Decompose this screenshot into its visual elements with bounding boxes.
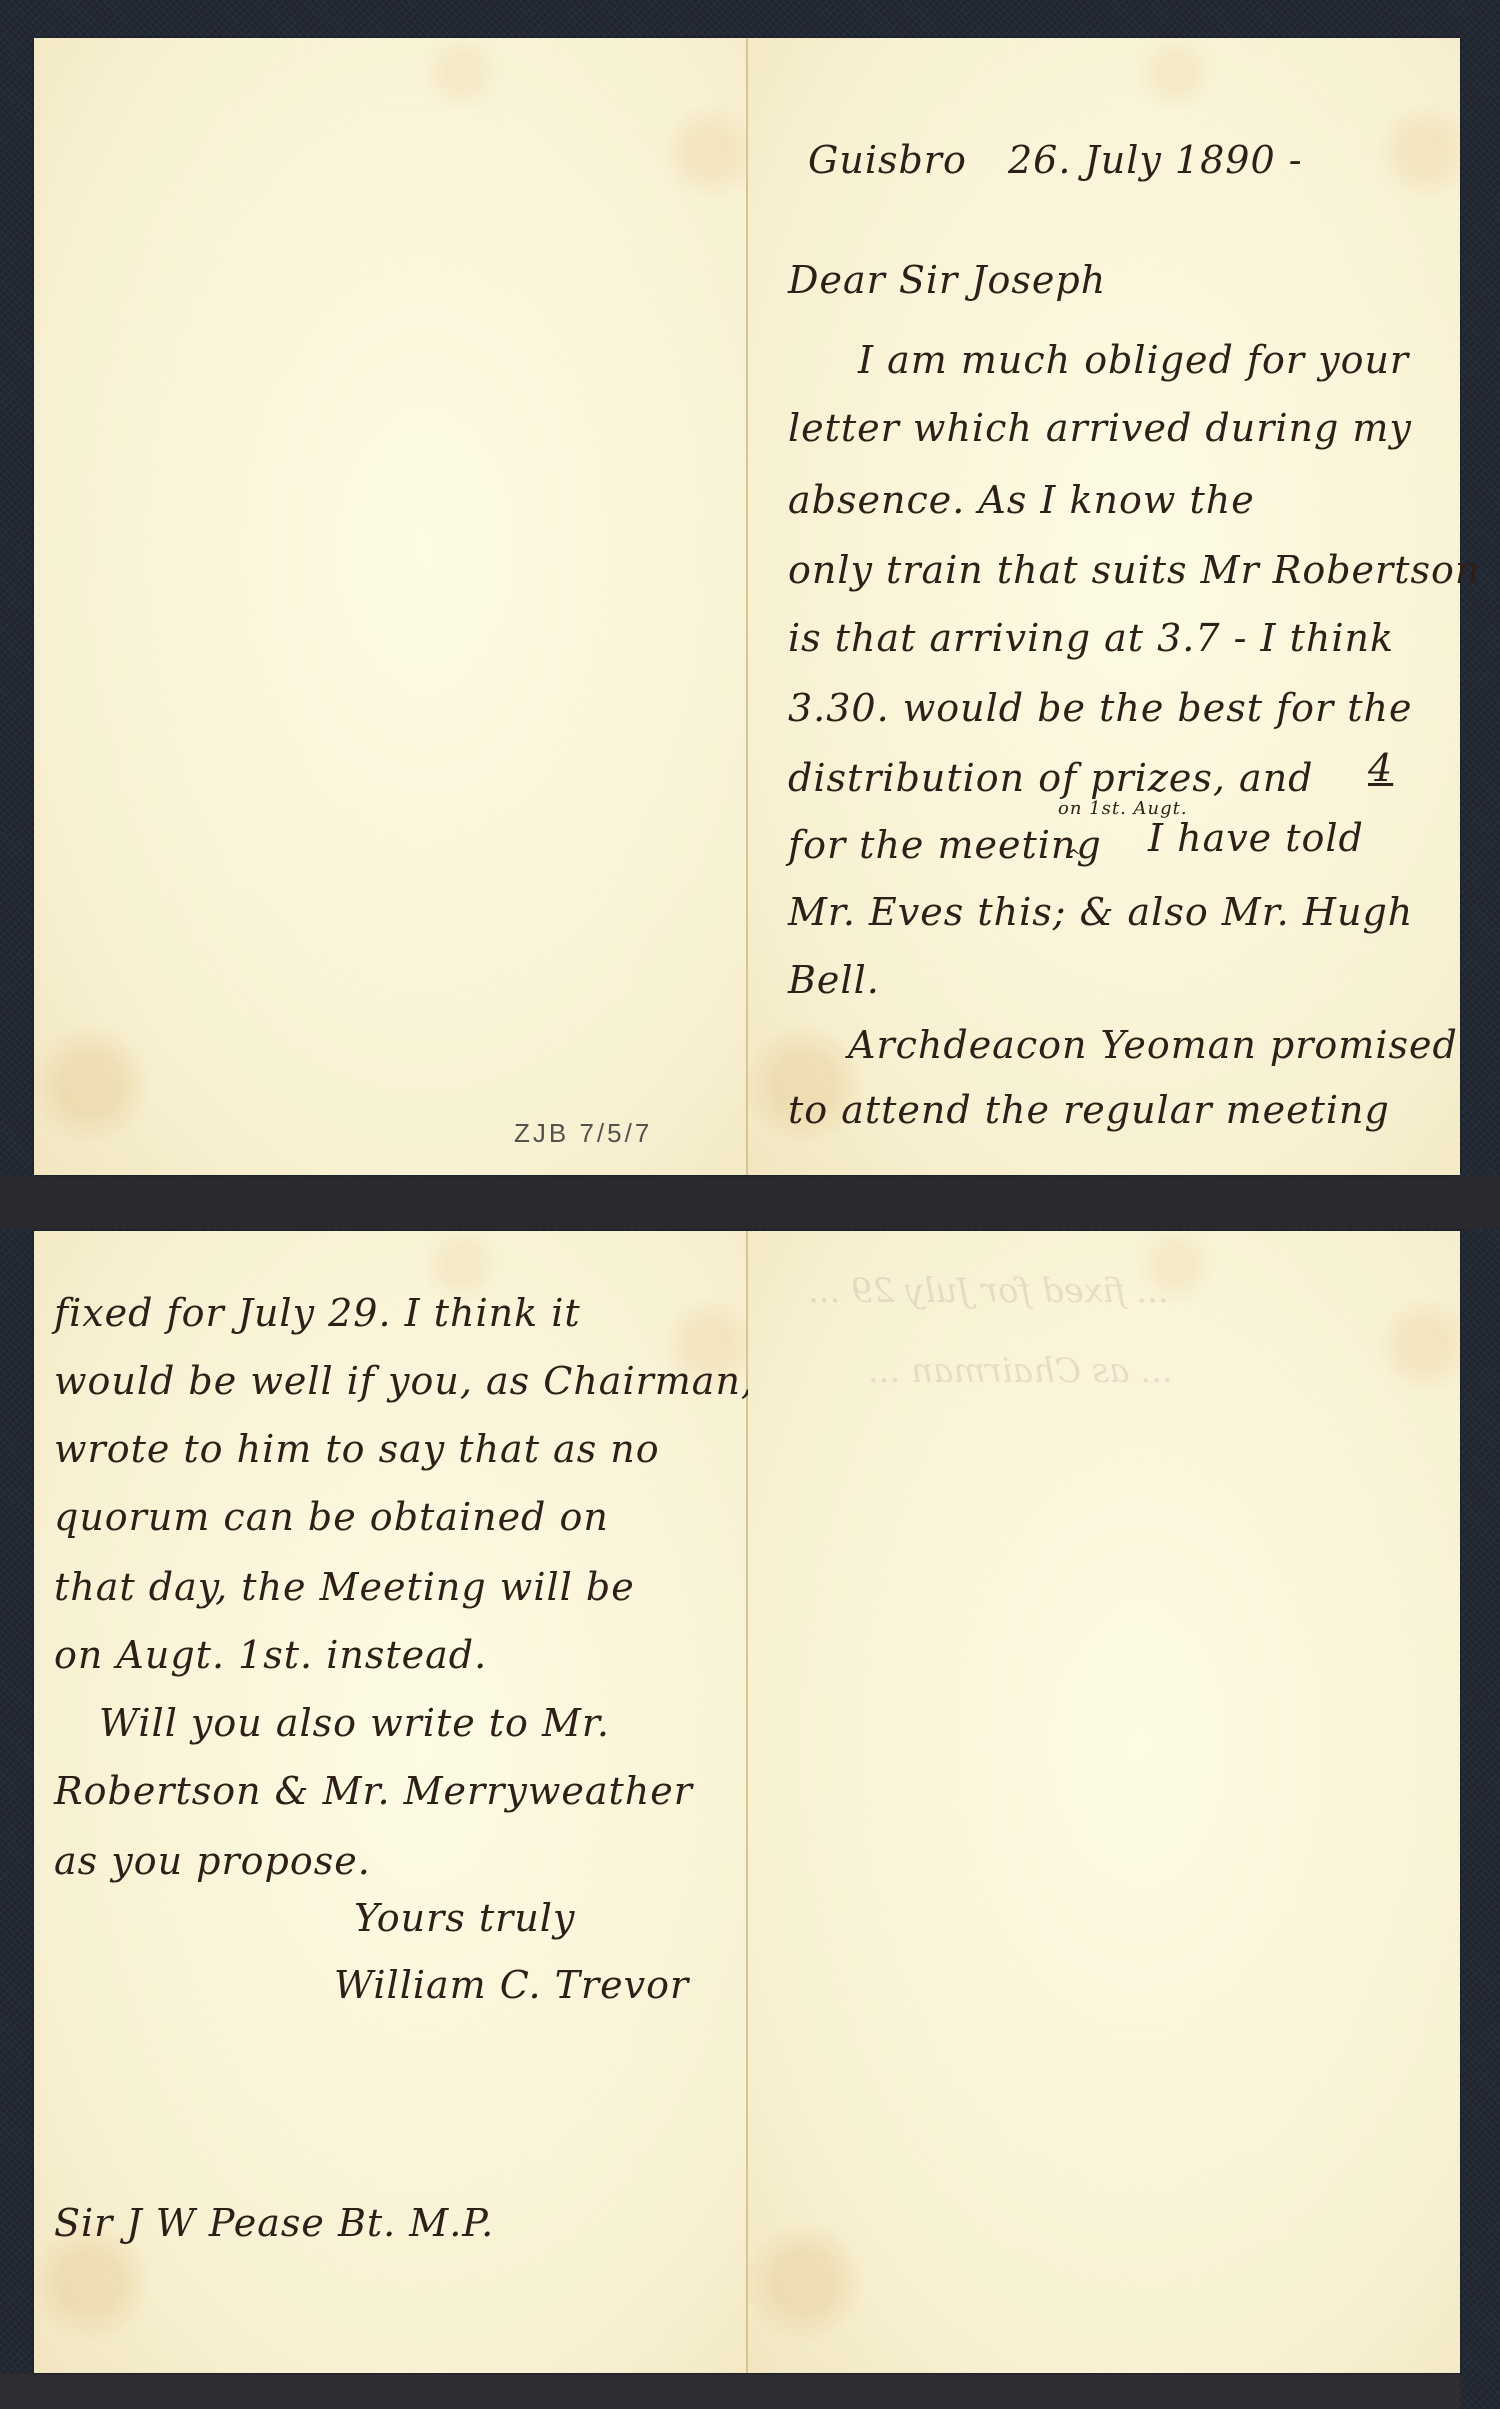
body-line: fixed for July 29. I think it [54, 1291, 581, 1335]
letter-date: 26. July 1890 - [1008, 138, 1303, 182]
letter-sheet-bottom: fixed for July 29. I think it would be w… [34, 1231, 1460, 2373]
body-line: to attend the regular meeting [788, 1088, 1390, 1132]
body-line: Mr. Eves this; & also Mr. Hugh [788, 890, 1413, 934]
archive-reference-mark: ZJB 7/5/7 [514, 1118, 652, 1149]
addressee: Sir J W Pease Bt. M.P. [54, 2201, 494, 2245]
body-line: Robertson & Mr. Merryweather [54, 1769, 693, 1813]
signature: William C. Trevor [334, 1963, 689, 2007]
salutation: Dear Sir Joseph [788, 258, 1106, 302]
body-line: I am much obliged for your [858, 338, 1409, 382]
ink-bleed-through: ... fixed for July 29 ... [808, 1271, 1169, 1311]
body-line: as you propose. [54, 1839, 371, 1883]
body-line: that day, the Meeting will be [54, 1565, 635, 1609]
page-1-blank: ZJB 7/5/7 [34, 38, 748, 1175]
closing: Yours truly [354, 1896, 575, 1940]
body-line: for the meeting [788, 823, 1102, 867]
body-line: wrote to him to say that as no [54, 1427, 660, 1471]
letter-place: Guisbro [808, 138, 967, 182]
body-line: on Augt. 1st. instead. [54, 1633, 487, 1677]
body-line: only train that suits Mr Robertson [788, 548, 1480, 592]
insertion-caret: ^ [1066, 846, 1082, 867]
page-4-blank: ... fixed for July 29 ... ... as Chairma… [748, 1231, 1460, 2373]
body-line: 3.30. would be the best for the [788, 686, 1413, 730]
body-line: is that arriving at 3.7 - I think [788, 616, 1394, 660]
letter-sheet-top: ZJB 7/5/7 Guisbro 26. July 1890 - Dear S… [34, 38, 1460, 1175]
body-line: would be well if you, as Chairman, [54, 1359, 754, 1403]
body-line: distribution of prizes, and [788, 756, 1314, 800]
page-3: fixed for July 29. I think it would be w… [34, 1231, 748, 2373]
body-line: quorum can be obtained on [54, 1495, 609, 1539]
body-line-end: I have told [1148, 816, 1364, 860]
underlined-time: 4 [1368, 746, 1393, 790]
background-bottom-band [0, 2374, 1460, 2409]
ink-bleed-through: ... as Chairman ... [868, 1351, 1173, 1391]
body-line: Bell. [788, 958, 880, 1002]
body-line: Archdeacon Yeoman promised [848, 1023, 1458, 1067]
body-line: Will you also write to Mr. [99, 1701, 610, 1745]
body-line: letter which arrived during my [788, 406, 1412, 450]
body-line: absence. As I know the [788, 478, 1255, 522]
background-gap [0, 1177, 1500, 1229]
page-2: Guisbro 26. July 1890 - Dear Sir Joseph … [748, 38, 1460, 1175]
